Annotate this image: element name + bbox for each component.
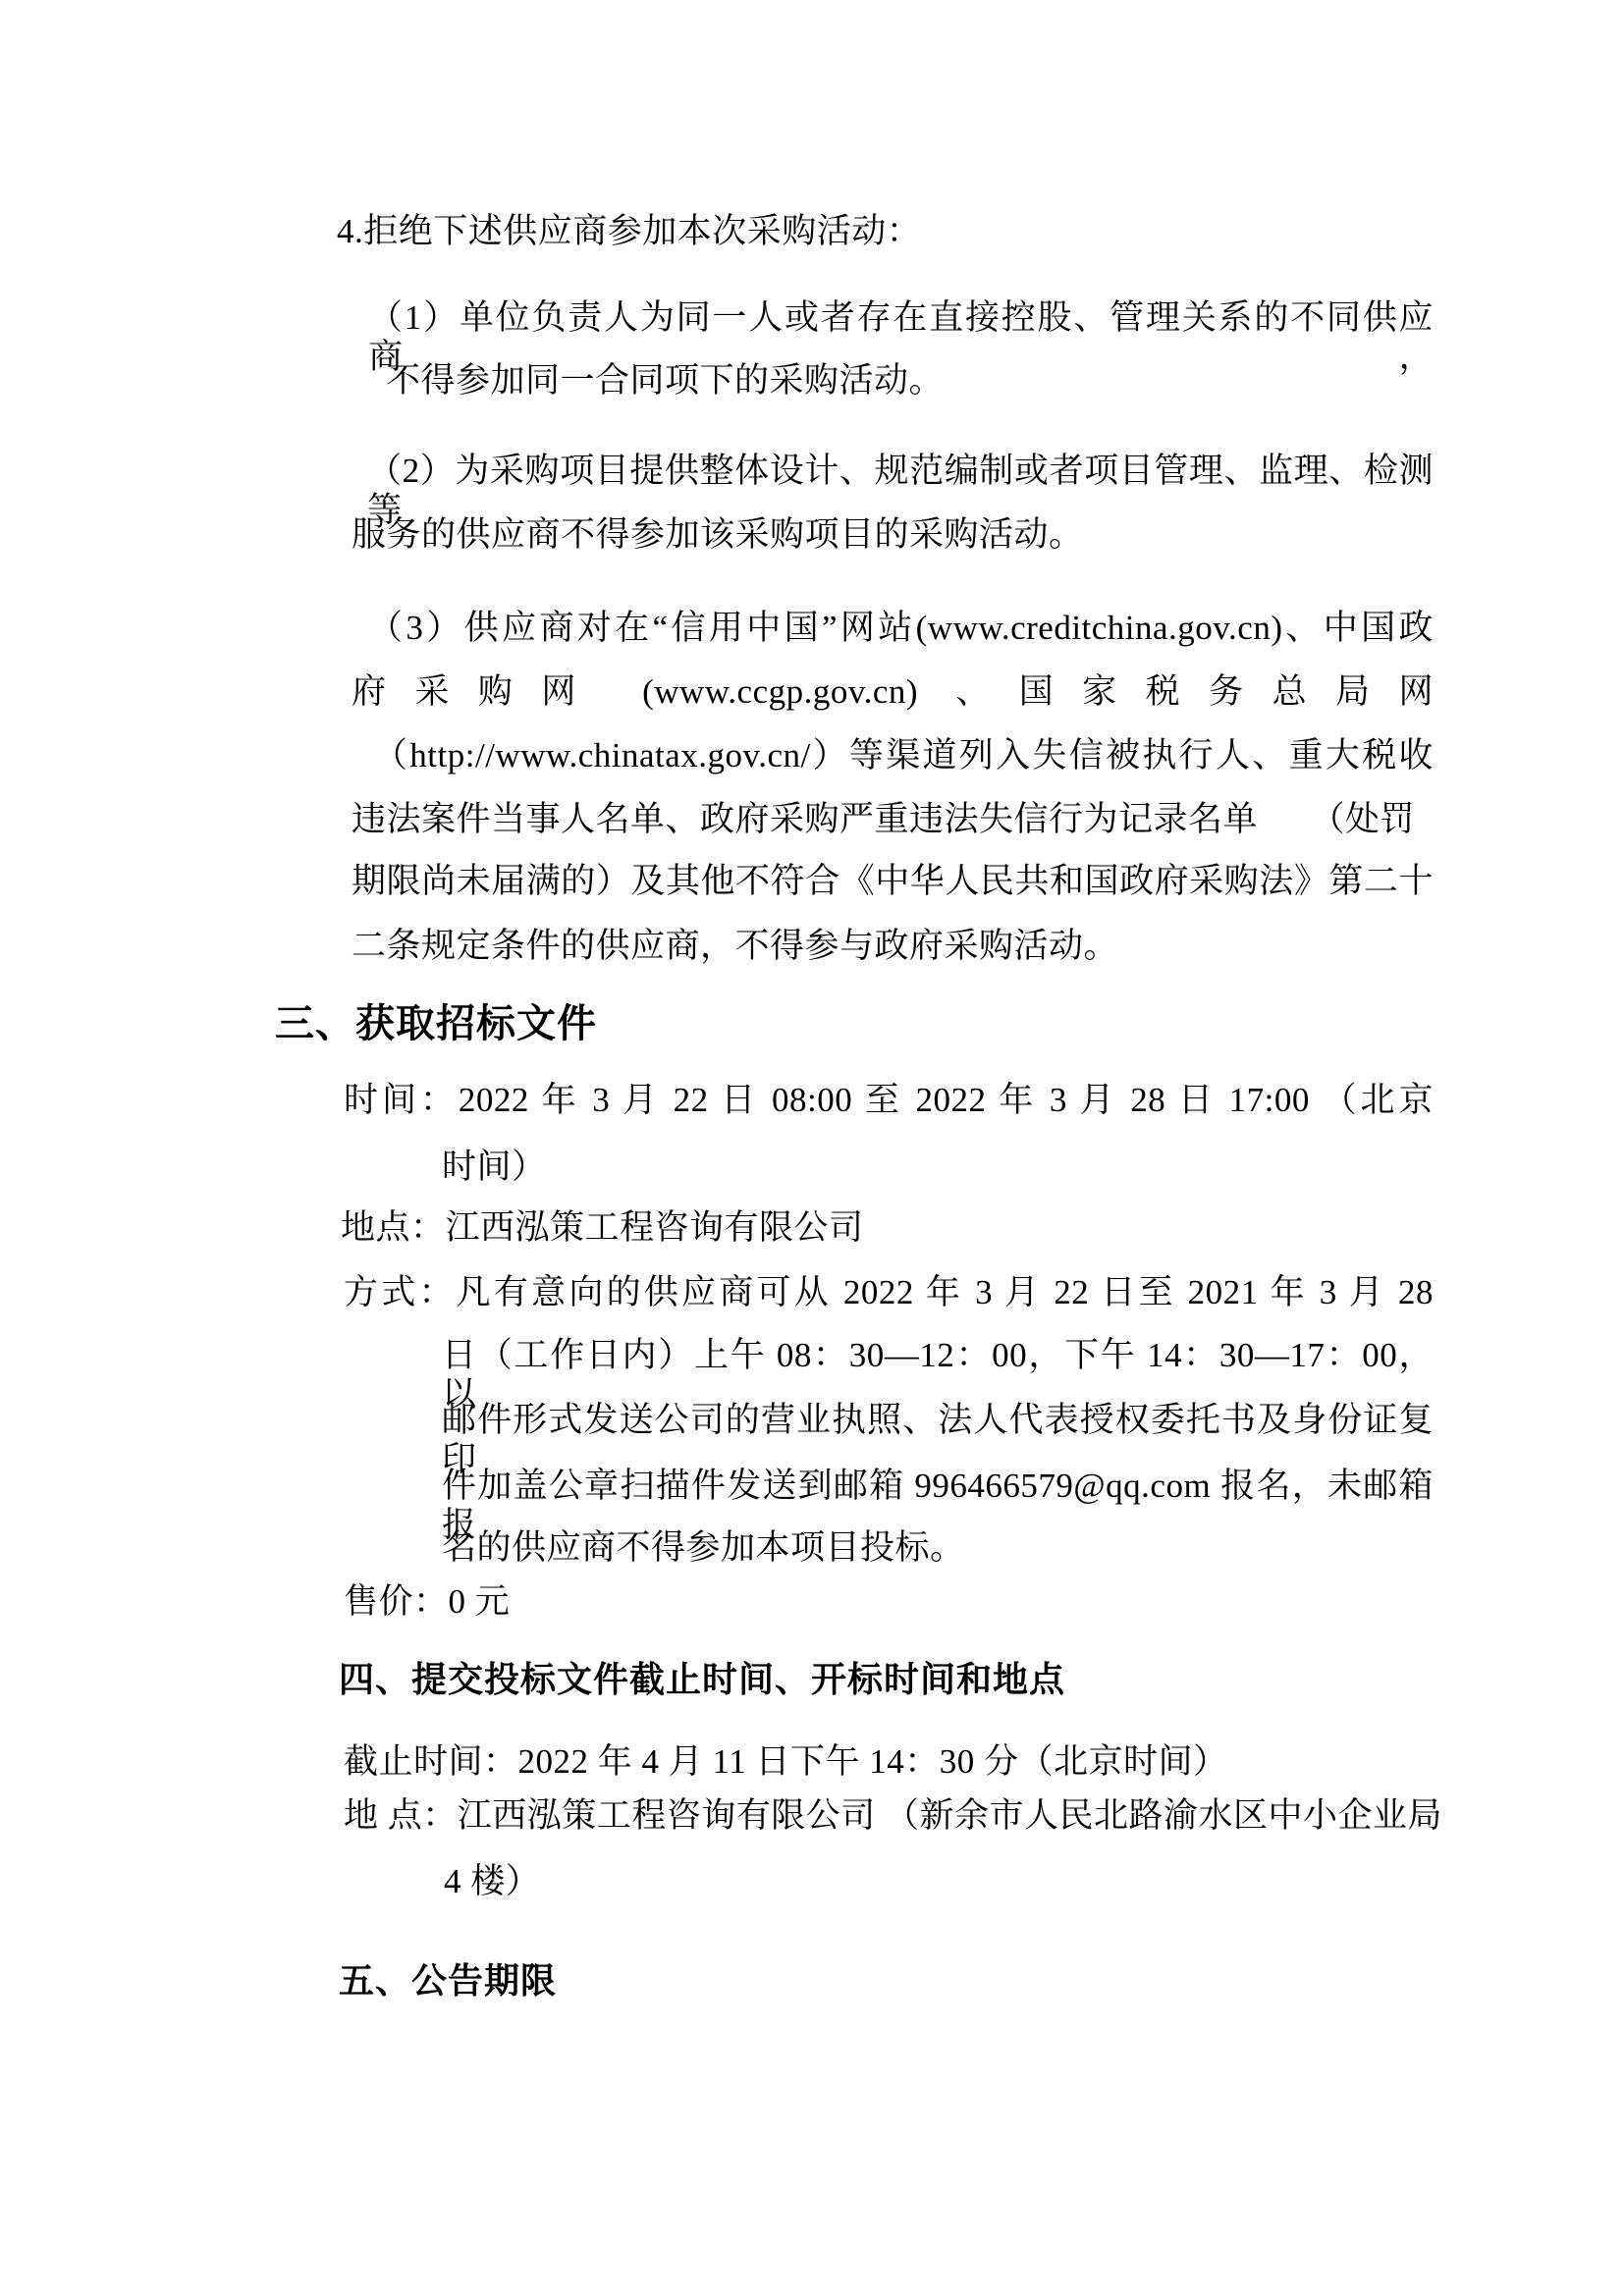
open-location-line-2: 4 楼） — [444, 1862, 540, 1901]
clause-4-2-line-2: 服务的供应商不得参加该采购项目的采购活动。 — [352, 515, 1084, 555]
section-3-heading: 三、获取招标文件 — [275, 1001, 597, 1046]
clause-4-3-line-6: 二条规定条件的供应商，不得参与政府采购活动。 — [352, 927, 1118, 966]
section-5-heading: 五、公告期限 — [339, 1960, 557, 2001]
clause-4-intro: 4.拒绝下述供应商参加本次采购活动： — [337, 212, 921, 251]
obtain-location-line: 地点：江西泓策工程咨询有限公司 — [341, 1208, 864, 1248]
deadline-line: 截止时间：2022 年 4 月 11 日下午 14：30 分（北京时间） — [344, 1742, 1227, 1782]
price-line: 售价：0 元 — [344, 1582, 510, 1622]
obtain-method-line-5: 名的供应商不得参加本项目投标。 — [442, 1528, 965, 1568]
clause-4-3-line-5: 期限尚未届满的）及其他不符合《中华人民共和国政府采购法》第二十 — [352, 862, 1434, 901]
clause-4-3-line-4: 违法案件当事人名单、政府采购严重违法失信行为记录名单 （处罚 — [352, 800, 1415, 839]
section-4-heading: 四、提交投标文件截止时间、开标时间和地点 — [339, 1659, 1065, 1699]
clause-4-3-line-2: 府采购网 (www.ccgp.gov.cn) 、国家税务总局网 — [352, 672, 1434, 712]
obtain-time-line-1: 时间：2022 年 3 月 22 日 08:00 至 2022 年 3 月 28… — [344, 1081, 1434, 1120]
obtain-method-line-1: 方式：凡有意向的供应商可从 2022 年 3 月 22 日至 2021 年 3 … — [344, 1273, 1434, 1312]
clause-4-3-line-3: （http://www.chinatax.gov.cn/）等渠道列入失信被执行人… — [373, 736, 1434, 775]
obtain-time-line-2: 时间） — [442, 1148, 547, 1187]
open-location-line-1: 地 点：江西泓策工程咨询有限公司 （新余市人民北路渝水区中小企业局 — [344, 1796, 1442, 1836]
clause-4-3-line-1: （3）供应商对在“信用中国”网站(www.creditchina.gov.cn)… — [368, 609, 1434, 648]
document-page: 4.拒绝下述供应商参加本次采购活动： （1）单位负责人为同一人或者存在直接控股、… — [0, 0, 1624, 2296]
clause-4-1-line-2: 不得参加同一合同项下的采购活动。 — [386, 361, 944, 400]
